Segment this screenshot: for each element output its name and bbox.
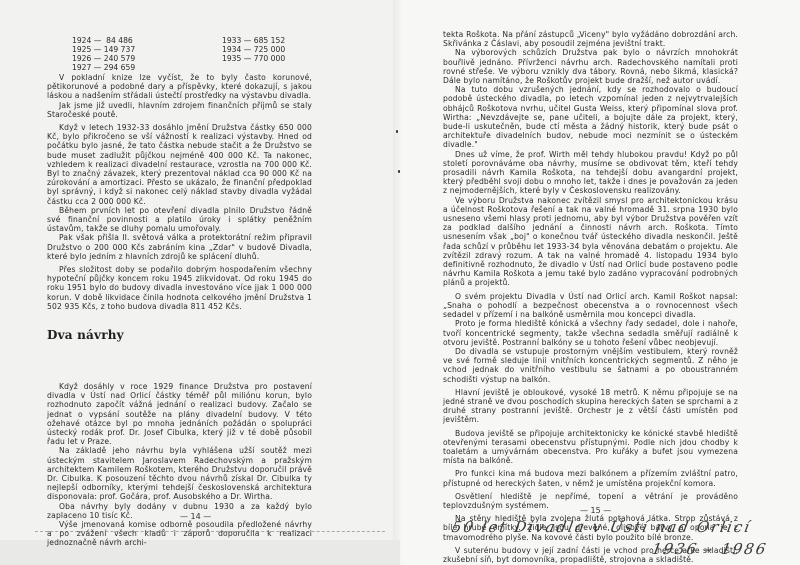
- paragraph: Na výborových schůzích Družstva pak bylo…: [443, 48, 738, 85]
- scan-speck: [396, 130, 398, 133]
- year-amount-row: 1925 — 149 737: [72, 45, 135, 54]
- paragraph: Výše jmenovaná komise odborně posoudila …: [47, 520, 312, 548]
- scan-speck: [398, 170, 400, 173]
- paragraph: Hlavní jeviště je obloukové, vysoké 18 m…: [443, 388, 738, 425]
- paragraph: Na tuto dobu vzrušených jednání, kdy se …: [443, 85, 738, 149]
- paragraph: Do divadla se vstupuje prostorným vnější…: [443, 347, 738, 384]
- paragraph: O svém projektu Divadla v Ústí nad Orlic…: [443, 292, 738, 320]
- paragraph: Budova jeviště se připojuje architektoni…: [443, 429, 738, 466]
- paragraph: Dnes už víme, že prof. Wirth měl tehdy h…: [443, 150, 738, 196]
- paragraph: V pokladní knize lze vyčíst, že to byly …: [47, 73, 312, 101]
- paragraph: Když v letech 1932-33 dosáhlo jmění Druž…: [47, 123, 312, 206]
- book-gutter: [393, 0, 407, 565]
- paragraph: Přes složitost doby se podařilo dobrým h…: [47, 265, 312, 311]
- year-amount-row: 1927 — 294 659: [72, 63, 135, 72]
- paragraph: Na základě jeho návrhu byla vyhlášena už…: [47, 446, 312, 501]
- paragraph: Pro funkci kina má budova mezi balkónem …: [443, 469, 738, 487]
- paragraph: Ve výboru Družstva nakonec zvítězil smys…: [443, 196, 738, 288]
- paragraph: Proto je forma hlediště kónická a všechn…: [443, 319, 738, 347]
- paragraph: Jak jsme již uvedli, hlavním zdrojem fin…: [47, 101, 312, 119]
- handwritten-years: 1936 – 1986: [650, 540, 769, 558]
- yearly-income-table-left: 1924 — 84 4861925 — 149 7371926 — 240 57…: [72, 36, 135, 72]
- paragraph: tekta Roškota. Na přání zástupců „Viceny…: [443, 30, 738, 48]
- year-amount-row: 1935 — 770 000: [222, 54, 285, 63]
- year-amount-row: 1933 — 685 152: [222, 36, 285, 45]
- yearly-income-table-right: 1933 — 685 1521934 — 725 0001935 — 770 0…: [222, 36, 285, 63]
- paragraph: Během prvních let po otevření divadla pl…: [47, 206, 312, 234]
- year-amount-row: 1926 — 240 579: [72, 54, 135, 63]
- left-body-top: V pokladní knize lze vyčíst, že to byly …: [47, 73, 312, 311]
- page-number-right: — 15 —: [580, 506, 611, 515]
- book-spread: 1924 — 84 4861925 — 149 7371926 — 240 57…: [0, 0, 800, 565]
- paragraph: Když dosáhly v roce 1929 finance Družstv…: [47, 382, 312, 446]
- year-amount-row: 1924 — 84 486: [72, 36, 135, 45]
- page-number-left: — 14 —: [180, 512, 211, 521]
- left-body-bottom: Když dosáhly v roce 1929 finance Družstv…: [47, 382, 312, 548]
- paragraph: Pak však přišla II. světová válka a prot…: [47, 233, 312, 261]
- right-body: tekta Roškota. Na přání zástupců „Viceny…: [443, 30, 738, 564]
- section-title: Dva návrhy: [47, 328, 124, 342]
- handwritten-title: 50 let Divadla v Ústí nad Orlicí: [450, 518, 752, 536]
- year-amount-row: 1934 — 725 000: [222, 45, 285, 54]
